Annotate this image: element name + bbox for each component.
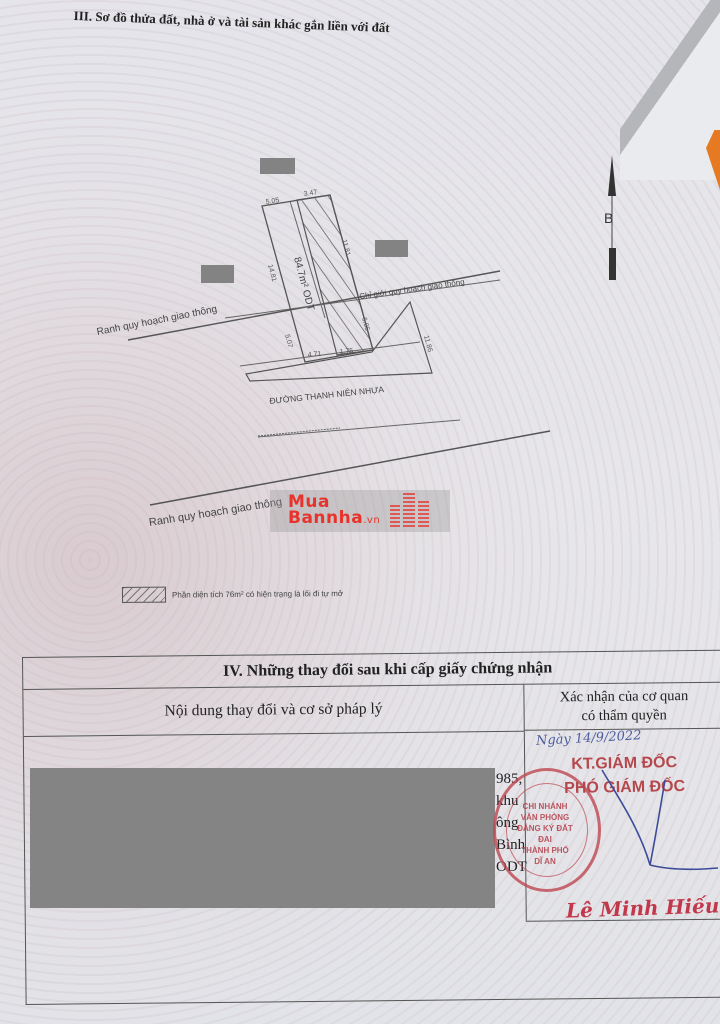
parcel-area-label: 84.7m² ODT bbox=[291, 256, 316, 312]
dimension-label: 11.86 bbox=[422, 335, 433, 353]
land-parcel-diagram: 5.05 3.47 14.81 11.81 5.07 6.05 4.71 1.7… bbox=[0, 0, 720, 640]
dimension-label: 5.07 bbox=[283, 334, 293, 349]
dimension-label: 1.75 bbox=[339, 348, 353, 356]
seal-text: CHI NHÁNH VĂN PHÒNG ĐĂNG KÝ ĐẤT ĐAI THÀN… bbox=[510, 801, 580, 867]
dash-line bbox=[258, 428, 340, 436]
redacted-block bbox=[201, 265, 234, 283]
dimension-label: 4.71 bbox=[307, 351, 321, 359]
dimension-label: 14.81 bbox=[266, 264, 277, 283]
north-arrow-icon bbox=[608, 155, 616, 196]
north-label: B bbox=[604, 210, 613, 226]
column-header-content: Nội dung thay đổi và cơ sở pháp lý bbox=[23, 685, 523, 737]
road-lower-line bbox=[258, 420, 460, 437]
legend-text: Phần diện tích 76m² có hiện trạng là lối… bbox=[172, 589, 343, 599]
watermark-logo: Mua Bannha.vn bbox=[270, 490, 450, 532]
hatched-area bbox=[297, 195, 373, 355]
redacted-content-block bbox=[30, 768, 495, 908]
hatch-swatch-icon bbox=[122, 587, 166, 603]
signature-icon bbox=[600, 760, 720, 880]
dimension-label: 5.05 bbox=[265, 197, 280, 206]
watermark-text: Mua Bannha.vn bbox=[288, 494, 380, 529]
building-icon bbox=[388, 492, 432, 530]
column-header-confirmation: Xác nhận của cơ quan có thẩm quyền bbox=[523, 683, 720, 731]
redacted-block bbox=[375, 240, 408, 257]
redacted-block bbox=[260, 158, 295, 174]
road-edge bbox=[240, 342, 420, 366]
legend: Phần diện tích 76m² có hiện trạng là lối… bbox=[122, 585, 343, 603]
north-arrow-tail bbox=[609, 248, 616, 280]
